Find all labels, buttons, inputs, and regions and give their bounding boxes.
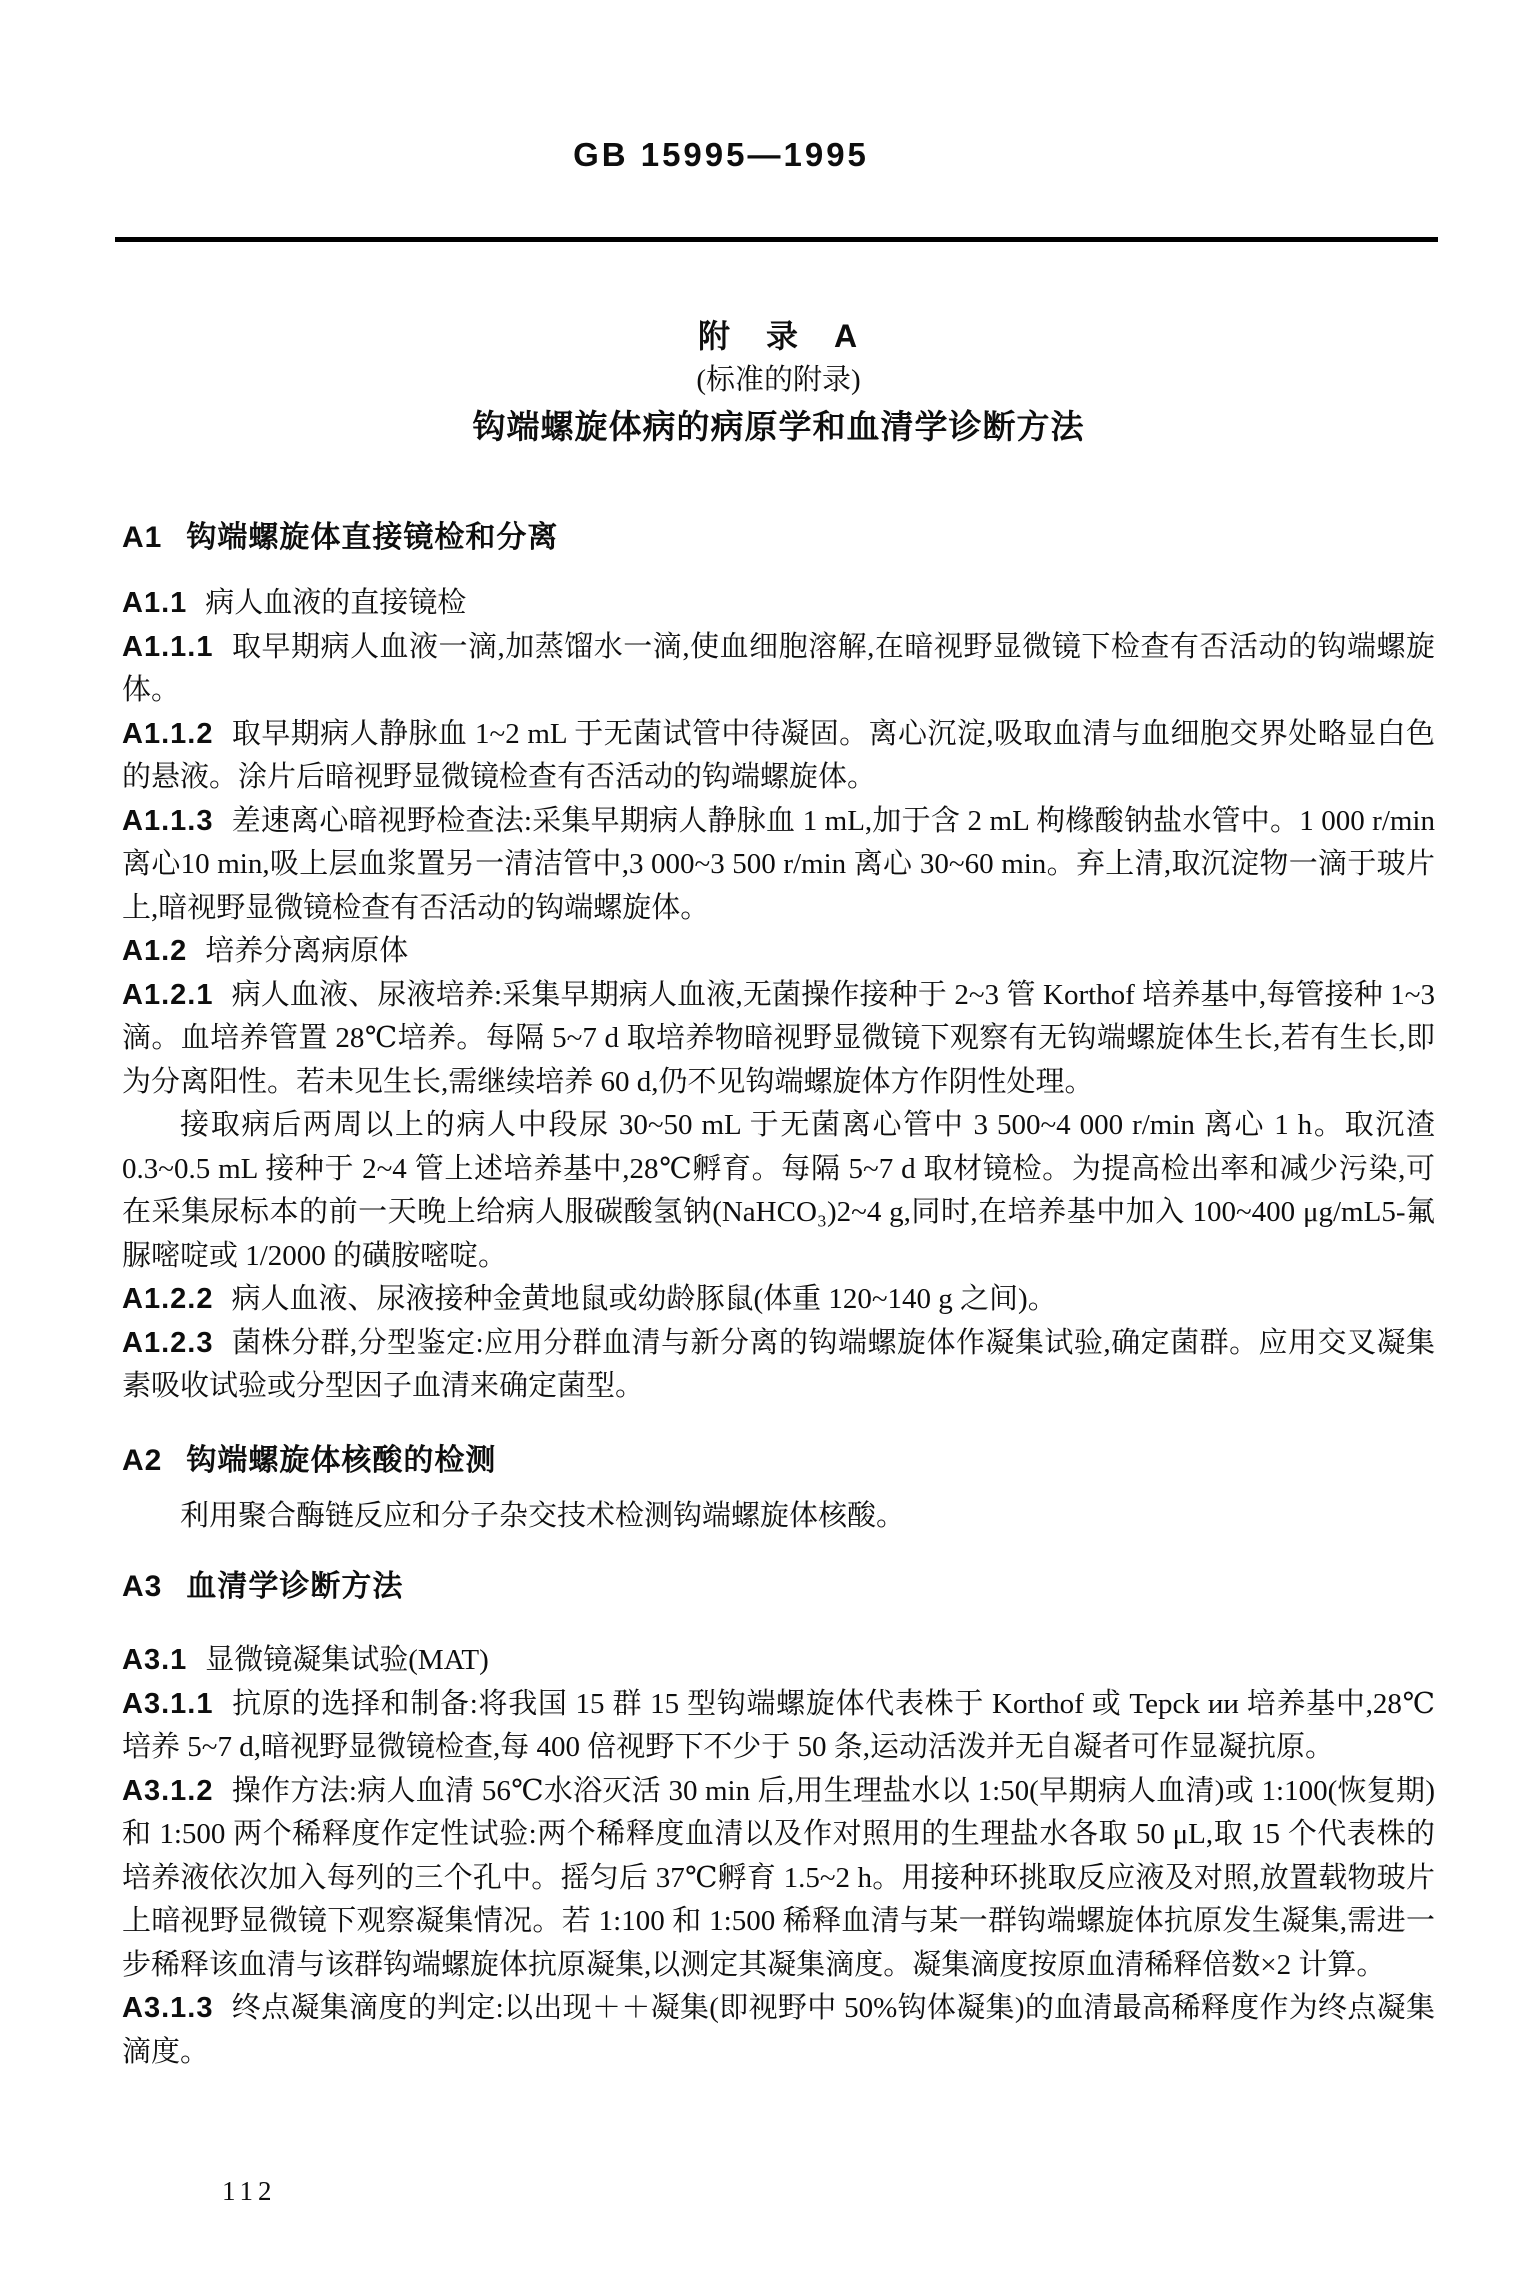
- paragraph-urine-culture: 接取病后两周以上的病人中段尿 30~50 mL 于无菌离心管中 3 500~4 …: [122, 1104, 1435, 1278]
- clause-number: A1: [122, 521, 186, 554]
- page-number: 112: [222, 2176, 277, 2207]
- section-heading-a2: A2钩端螺旋体核酸的检测: [122, 1439, 1435, 1483]
- clause-text: 病人血液、尿液培养:采集早期病人血液,无菌操作接种于 2~3 管 Korthof…: [122, 979, 1435, 1098]
- clause-a3-1-3: A3.1.3终点凝集滴度的判定:以出现＋＋凝集(即视野中 50%钩体凝集)的血清…: [122, 1987, 1435, 2074]
- clause-a1-2: A1.2培养分离病原体: [122, 930, 1435, 974]
- clause-a1-2-2: A1.2.2病人血液、尿液接种金黄地鼠或幼龄豚鼠(体重 120~140 g 之间…: [122, 1278, 1435, 1322]
- clause-text: 病人血液、尿液接种金黄地鼠或幼龄豚鼠(体重 120~140 g 之间)。: [231, 1283, 1056, 1315]
- page-content: 附 录 A (标准的附录) 钩端螺旋体病的病原学和血清学诊断方法 A1钩端螺旋体…: [122, 300, 1435, 2074]
- clause-text: 取早期病人静脉血 1~2 mL 于无菌试管中待凝固。离心沉淀,吸取血清与血细胞交…: [122, 718, 1435, 794]
- clause-a3-1-2: A3.1.2操作方法:病人血清 56℃水浴灭活 30 min 后,用生理盐水以 …: [122, 1770, 1435, 1988]
- clause-a1-2-3: A1.2.3菌株分群,分型鉴定:应用分群血清与新分离的钩端螺旋体作凝集试验,确定…: [122, 1322, 1435, 1409]
- section-heading-a1: A1钩端螺旋体直接镜检和分离: [122, 516, 1435, 560]
- clause-number: A1.1.1: [122, 631, 231, 663]
- clause-number: A3.1: [122, 1644, 205, 1676]
- clause-a3-1: A3.1显微镜凝集试验(MAT): [122, 1639, 1435, 1683]
- appendix-type: (标准的附录): [122, 360, 1435, 400]
- section-heading-a3: A3血清学诊断方法: [122, 1565, 1435, 1609]
- clause-a1-1-3: A1.1.3差速离心暗视野检查法:采集早期病人静脉血 1 mL,加于含 2 mL…: [122, 800, 1435, 931]
- clause-number: A3.1.1: [122, 1688, 231, 1720]
- clause-text: 菌株分群,分型鉴定:应用分群血清与新分离的钩端螺旋体作凝集试验,确定菌群。应用交…: [122, 1327, 1435, 1403]
- clause-number: A1.2: [122, 935, 205, 967]
- clause-text: 显微镜凝集试验(MAT): [205, 1644, 489, 1676]
- clause-number: A1.1: [122, 587, 205, 619]
- clause-text: 取早期病人血液一滴,加蒸馏水一滴,使血细胞溶解,在暗视野显微镜下检查有否活动的钩…: [122, 631, 1435, 707]
- clause-a3-1-1: A3.1.1抗原的选择和制备:将我国 15 群 15 型钩端螺旋体代表株于 Ko…: [122, 1683, 1435, 1770]
- clause-text: 差速离心暗视野检查法:采集早期病人静脉血 1 mL,加于含 2 mL 枸橼酸钠盐…: [122, 805, 1435, 924]
- appendix-title: 钩端螺旋体病的病原学和血清学诊断方法: [122, 404, 1435, 450]
- clause-text: 钩端螺旋体核酸的检测: [186, 1444, 496, 1477]
- clause-number: A1.2.3: [122, 1327, 231, 1359]
- clause-number: A1.2.1: [122, 979, 231, 1011]
- clause-text: 抗原的选择和制备:将我国 15 群 15 型钩端螺旋体代表株于 Korthof …: [122, 1688, 1435, 1764]
- clause-number: A3.1.3: [122, 1992, 231, 2024]
- clause-number: A2: [122, 1444, 186, 1477]
- clause-text: 病人血液的直接镜检: [205, 587, 466, 619]
- clause-text: 终点凝集滴度的判定:以出现＋＋凝集(即视野中 50%钩体凝集)的血清最高稀释度作…: [122, 1992, 1435, 2068]
- clause-number: A1.1.2: [122, 718, 231, 750]
- clause-a1-1-1: A1.1.1取早期病人血液一滴,加蒸馏水一滴,使血细胞溶解,在暗视野显微镜下检查…: [122, 626, 1435, 713]
- clause-a1-2-1: A1.2.1病人血液、尿液培养:采集早期病人血液,无菌操作接种于 2~3 管 K…: [122, 974, 1435, 1105]
- document-page: GB 15995—1995 附 录 A (标准的附录) 钩端螺旋体病的病原学和血…: [0, 0, 1536, 2285]
- clause-text: 血清学诊断方法: [186, 1570, 403, 1603]
- clause-number: A1.1.3: [122, 805, 231, 837]
- clause-number: A3: [122, 1570, 186, 1603]
- clause-text: 操作方法:病人血清 56℃水浴灭活 30 min 后,用生理盐水以 1:50(早…: [122, 1775, 1435, 1981]
- standard-code: GB 15995—1995: [0, 136, 1489, 174]
- clause-number: A3.1.2: [122, 1775, 231, 1807]
- clause-number: A1.2.2: [122, 1283, 231, 1315]
- header-rule: [115, 237, 1438, 242]
- clause-a1-1: A1.1病人血液的直接镜检: [122, 582, 1435, 626]
- clause-text: 钩端螺旋体直接镜检和分离: [186, 521, 558, 554]
- paragraph-pcr: 利用聚合酶链反应和分子杂交技术检测钩端螺旋体核酸。: [122, 1495, 1435, 1539]
- clause-text: 培养分离病原体: [205, 935, 408, 967]
- appendix-label: 附 录 A: [122, 316, 1435, 356]
- clause-a1-1-2: A1.1.2取早期病人静脉血 1~2 mL 于无菌试管中待凝固。离心沉淀,吸取血…: [122, 713, 1435, 800]
